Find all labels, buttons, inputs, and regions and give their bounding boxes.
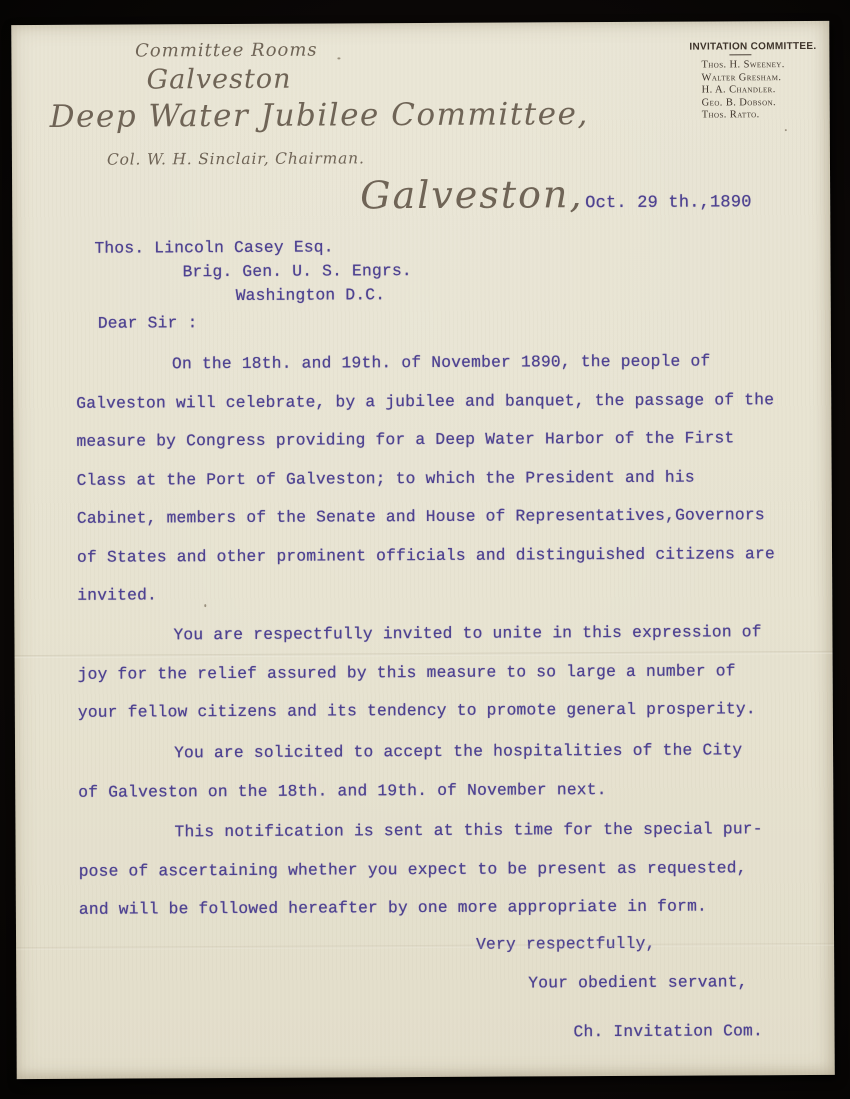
- invitation-committee-members: Thos. H. Sweeney. Walter Gresham. H. A. …: [701, 59, 819, 122]
- recipient-title: Brig. Gen. U. S. Engrs.: [182, 261, 411, 281]
- letter-line: pose of ascertaining whether you expect …: [79, 848, 819, 890]
- body-paragraph-3: You are solicited to accept the hospital…: [78, 731, 818, 812]
- letter-line: You are solicited to accept the hospital…: [78, 731, 818, 773]
- recipient-name: Thos. Lincoln Casey Esq.: [94, 237, 333, 257]
- body-paragraph-1: On the 18th. and 19th. of November 1890,…: [76, 342, 817, 615]
- letter-line: of Galveston on the 18th. and 19th. of N…: [78, 769, 818, 811]
- letter-line: joy for the relief assured by this measu…: [78, 651, 818, 693]
- letter-line: and will be followed hereafter by one mo…: [79, 887, 819, 929]
- letter-line: Galveston will celebrate, by a jubilee a…: [76, 380, 816, 422]
- committee-member: Walter Gresham.: [702, 71, 820, 84]
- letterhead-committee-rooms: Committee Rooms: [131, 40, 321, 62]
- letter-line: measure by Congress providing for a Deep…: [76, 419, 816, 461]
- invitation-committee-title: INVITATION COMMITTEE.: [689, 41, 819, 53]
- body-paragraph-4: This notification is sent at this time f…: [78, 810, 819, 929]
- letterhead-city: Galveston: [131, 64, 306, 96]
- letterhead-chairman: Col. W. H. Sinclair, Chairman.: [107, 149, 365, 168]
- letter-line: On the 18th. and 19th. of November 1890,…: [76, 342, 816, 384]
- body-paragraph-2: You are respectfully invited to unite in…: [77, 613, 818, 732]
- closing-respectfully: Very respectfully,: [476, 934, 656, 954]
- closing-signature: Ch. Invitation Com.: [573, 1021, 763, 1041]
- dateline-place: Galveston,: [360, 172, 584, 217]
- letter-line: Class at the Port of Galveston; to which…: [77, 457, 817, 499]
- dateline-date: Oct. 29 th.,1890: [585, 193, 752, 213]
- photo-background: Committee Rooms Galveston Deep Water Jub…: [0, 0, 850, 1099]
- committee-member: H. A. Chandler.: [702, 84, 820, 97]
- committee-member: Thos. Ratto.: [702, 109, 820, 122]
- salutation: Dear Sir :: [98, 313, 198, 333]
- paper-speck: [204, 604, 206, 607]
- letter-line: You are respectfully invited to unite in…: [77, 613, 817, 655]
- committee-member: Thos. H. Sweeney.: [701, 59, 819, 72]
- letter-line: your fellow citizens and its tendency to…: [78, 690, 818, 732]
- letter-line: This notification is sent at this time f…: [78, 810, 818, 852]
- letter-line: Cabinet, members of the Senate and House…: [77, 496, 817, 538]
- paper-speck: [785, 129, 787, 131]
- letter-paper: Committee Rooms Galveston Deep Water Jub…: [11, 21, 835, 1079]
- letter-line: of States and other prominent officials …: [77, 534, 817, 576]
- fold-crease: [16, 943, 834, 950]
- letter-line: invited.: [77, 573, 817, 615]
- letterhead-committee-name: Deep Water Jubilee Committee,: [50, 96, 589, 135]
- invitation-committee-block: INVITATION COMMITTEE. Thos. H. Sweeney. …: [689, 41, 819, 122]
- paper-speck: [337, 57, 340, 59]
- recipient-city: Washington D.C.: [236, 285, 386, 305]
- invitation-committee-rule: [729, 54, 751, 55]
- closing-servant: Your obedient servant,: [528, 972, 747, 992]
- committee-member: Geo. B. Dobson.: [702, 96, 820, 109]
